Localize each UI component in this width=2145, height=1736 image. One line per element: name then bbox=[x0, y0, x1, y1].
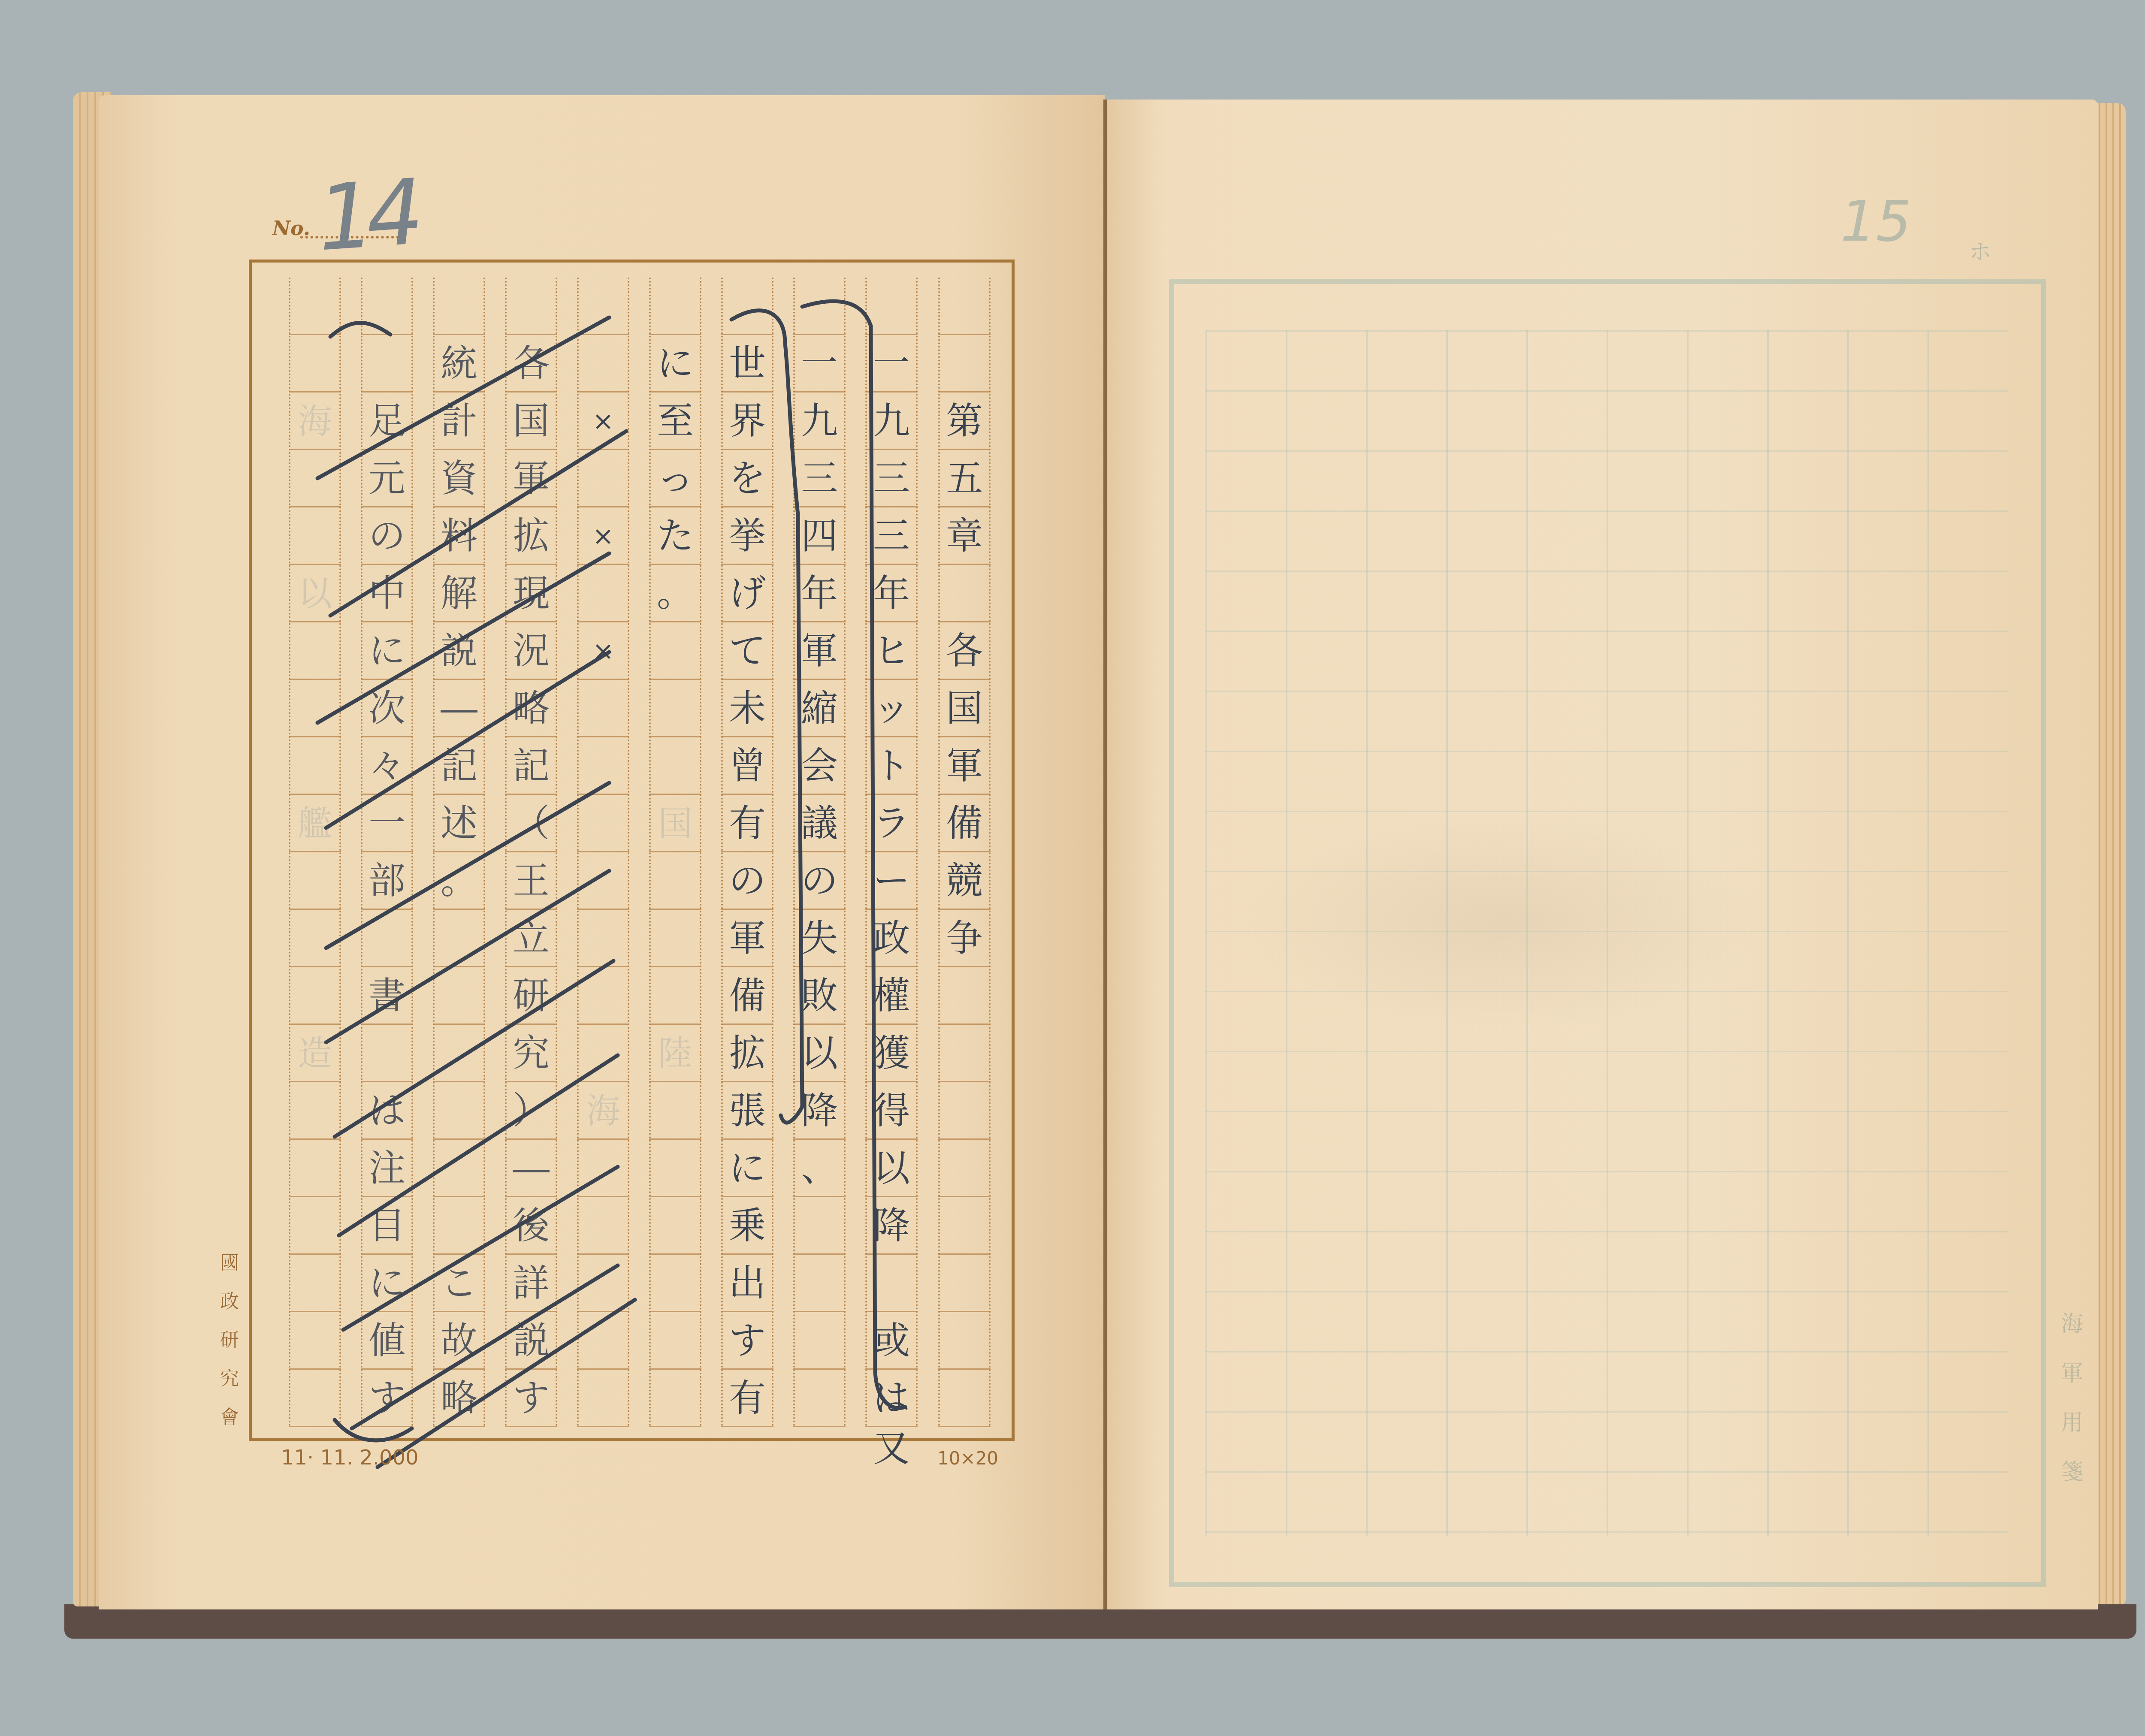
manuscript-grid-frame: 第 五 章 各 国 軍 備 競 争 一 九 三 三 年 ヒ ッ ト ラ ー 政 … bbox=[249, 260, 1015, 1441]
ghost-char: 造 bbox=[289, 1025, 341, 1082]
right-page-corner-mark: ホ bbox=[1969, 234, 1991, 266]
right-page-number-faint: 15 bbox=[1840, 189, 1911, 254]
right-page-edges bbox=[2094, 103, 2126, 1604]
grid-size-label: 10×20 bbox=[937, 1448, 998, 1469]
book-bottom-shadow bbox=[64, 1604, 2136, 1639]
grid-column-10 bbox=[289, 278, 341, 1427]
publisher-side-label: 國 政 研 究 會 bbox=[217, 1244, 242, 1437]
print-code: 11· 11. 2.000 bbox=[281, 1446, 419, 1470]
ghost-char: 以 bbox=[289, 565, 341, 622]
right-side-label-faint: 海 軍 用 箋 bbox=[2059, 1300, 2085, 1497]
grid-column-6 bbox=[577, 278, 629, 1427]
book-gutter bbox=[1103, 100, 1107, 1609]
ghost-char: 艦 bbox=[289, 795, 341, 852]
handwritten-page-number: 14 bbox=[314, 160, 419, 271]
ghost-char: 海 bbox=[289, 392, 341, 450]
ghost-char: 国 bbox=[649, 795, 701, 852]
ghost-char: 陸 bbox=[649, 1025, 701, 1082]
right-page-faint-grid bbox=[1205, 330, 2008, 1536]
ghost-char: 海 bbox=[577, 1082, 629, 1140]
